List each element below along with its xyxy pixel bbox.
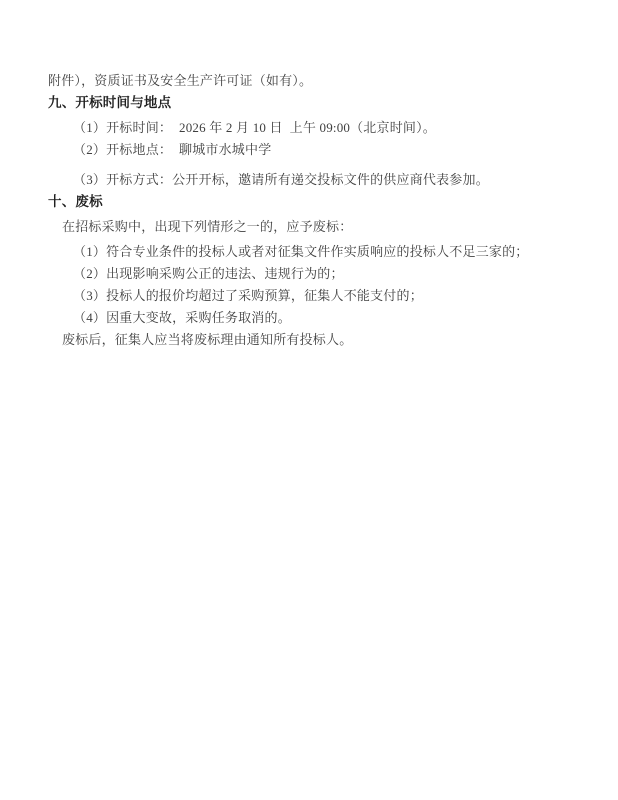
section-9-item-1-bid-opening-time: （1）开标时间： 2026 年 2 月 10 日 上午 09:00（北京时间）。	[48, 117, 578, 139]
section-10-lead-paragraph: 在招标采购中，出现下列情形之一的，应予废标：	[48, 216, 578, 238]
section-9-heading: 九、开标时间与地点	[48, 92, 578, 114]
paragraph-continuation: 附件），资质证书及安全生产许可证（如有）。	[48, 70, 578, 92]
section-9-item-2-bid-opening-location: （2）开标地点： 聊城市水城中学	[48, 139, 578, 161]
section-10-heading: 十、废标	[48, 191, 578, 213]
document-page: 附件），资质证书及安全生产许可证（如有）。 九、开标时间与地点 （1）开标时间：…	[0, 0, 618, 800]
section-10-item-2: （2）出现影响采购公正的违法、违规行为的；	[48, 263, 578, 285]
section-10-item-1: （1）符合专业条件的投标人或者对征集文件作实质响应的投标人不足三家的；	[48, 241, 578, 263]
section-10-footer-paragraph: 废标后，征集人应当将废标理由通知所有投标人。	[48, 329, 578, 351]
section-10-item-3: （3）投标人的报价均超过了采购预算，征集人不能支付的；	[48, 285, 578, 307]
section-10-item-4: （4）因重大变故，采购任务取消的。	[48, 307, 578, 329]
section-9-item-3-bid-opening-method: （3）开标方式：公开开标，邀请所有递交投标文件的供应商代表参加。	[48, 169, 578, 191]
